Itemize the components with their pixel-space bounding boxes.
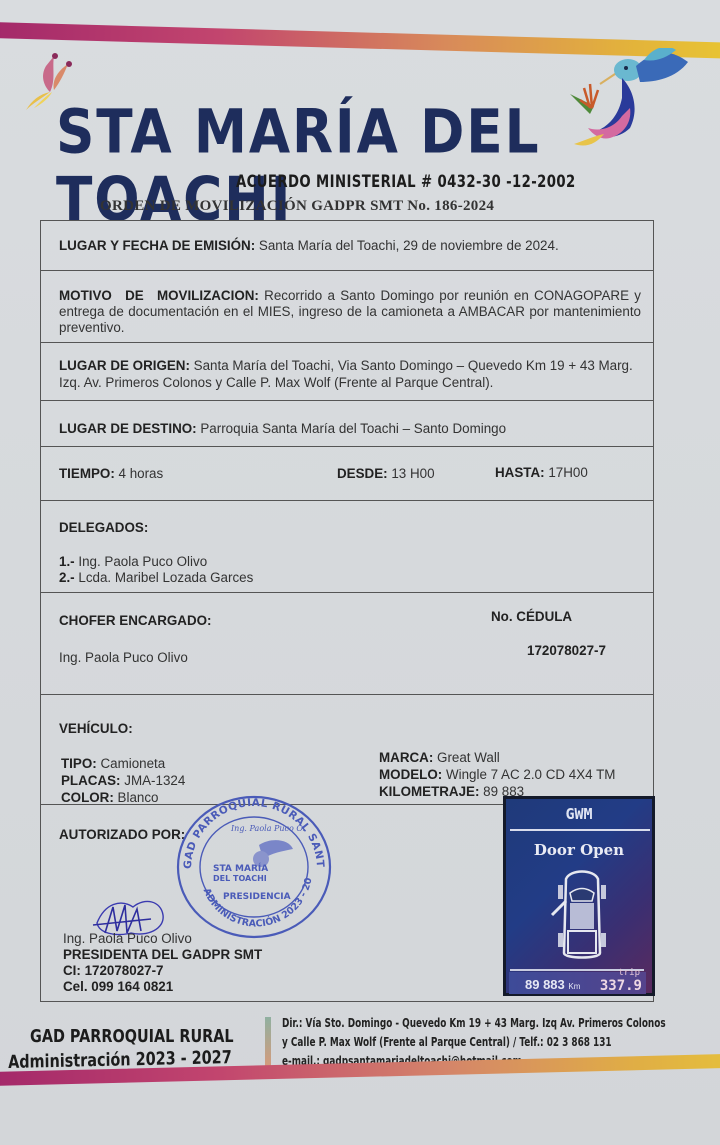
stamp-logo-line2: DEL TOACHI	[213, 874, 267, 883]
vehiculo-label: VEHÍCULO:	[59, 721, 133, 736]
delegado-name: Ing. Paola Puco Olivo	[78, 554, 207, 569]
authorizer-phone: Cel. 099 164 0821	[63, 979, 262, 995]
placas-field: PLACAS: JMA-1324	[61, 772, 185, 789]
car-door-open-icon	[550, 867, 614, 963]
footer-org-name: GAD PARROQUIAL RURAL	[30, 1026, 234, 1047]
authorizer-ci: CI: 172078027-7	[63, 963, 262, 979]
stamp-signer: Ing. Paola Puco O.	[230, 824, 305, 833]
footer-accent-bar	[265, 1017, 271, 1069]
tipo-field: TIPO: Camioneta	[61, 755, 185, 772]
trip-value: 337.9	[600, 978, 642, 994]
delegado-name: Lcda. Maribel Lozada Garces	[78, 570, 253, 585]
cedula-value: 172078027-7	[527, 643, 606, 658]
delegado-number: 1.-	[59, 554, 75, 569]
placas-value: JMA-1324	[124, 773, 185, 788]
motivo-label: MOTIVO DE MOVILIZACION:	[59, 288, 259, 303]
tipo-label: TIPO:	[61, 756, 97, 771]
hasta-field: HASTA: 17H00	[495, 465, 588, 480]
stamp-logo-line1: STA MARÍA	[213, 862, 268, 874]
authorizer-role: PRESIDENTA DEL GADPR SMT	[63, 947, 262, 963]
delegado-item: 2.- Lcda. Maribel Lozada Garces	[59, 570, 641, 586]
orden-title: ORDEN DE MOVILIZACIÓN GADPR SMT No. 186-…	[100, 198, 494, 215]
stamp-role: PRESIDENCIA	[223, 892, 291, 902]
hasta-label: HASTA:	[495, 465, 545, 480]
kilometraje-label: KILOMETRAJE:	[379, 784, 479, 799]
marca-label: MARCA:	[379, 750, 433, 765]
vehiculo-left-fields: TIPO: Camioneta PLACAS: JMA-1324 COLOR: …	[61, 755, 185, 806]
delegado-number: 2.-	[59, 570, 75, 585]
odometer-unit: Km	[568, 982, 580, 991]
dash-divider	[510, 829, 650, 831]
emision-value: Santa María del Toachi, 29 de noviembre …	[259, 238, 559, 253]
hummingbird-icon	[560, 48, 700, 158]
tiempo-label: TIEMPO:	[59, 466, 115, 481]
trip-label: trip	[618, 968, 640, 978]
dash-odometer-bar: 89 883 Km trip 337.9	[509, 972, 646, 994]
color-label: COLOR:	[61, 790, 114, 805]
modelo-label: MODELO:	[379, 767, 442, 782]
placas-label: PLACAS:	[61, 773, 121, 788]
dash-brand: GWM	[506, 805, 652, 823]
authorizer-name: Ing. Paola Puco Olivo	[63, 931, 262, 947]
cedula-label: No. CÉDULA	[491, 609, 572, 624]
color-value: Blanco	[118, 790, 159, 805]
row-delegados: DELEGADOS: 1.- Ing. Paola Puco Olivo 2.-…	[41, 500, 653, 592]
dash-message: Door Open	[506, 841, 652, 859]
tipo-value: Camioneta	[100, 756, 165, 771]
odometer-readout: 89 883 Km	[525, 977, 580, 992]
modelo-field: MODELO: Wingle 7 AC 2.0 CD 4X4 TM	[379, 766, 615, 783]
footer-address-line2: y Calle P. Max Wolf (Frente al Parque Ce…	[282, 1033, 666, 1052]
origen-label: LUGAR DE ORIGEN:	[59, 358, 190, 373]
row-chofer: CHOFER ENCARGADO: Ing. Paola Puco Olivo …	[41, 592, 653, 694]
chofer-label: CHOFER ENCARGADO:	[59, 613, 212, 628]
delegados-list: 1.- Ing. Paola Puco Olivo 2.- Lcda. Mari…	[59, 554, 641, 586]
autorizado-label: AUTORIZADO POR:	[59, 827, 185, 842]
row-destino: LUGAR DE DESTINO: Parroquia Santa María …	[41, 400, 653, 446]
odometer-value: 89 883	[525, 977, 565, 992]
row-emision: LUGAR Y FECHA DE EMISIÓN: Santa María de…	[41, 220, 653, 270]
tiempo-value: 4 horas	[119, 466, 164, 481]
authorizer-block: Ing. Paola Puco Olivo PRESIDENTA DEL GAD…	[63, 931, 262, 995]
footer-address-line1: Dir.: Vía Sto. Domingo - Quevedo Km 19 +…	[282, 1014, 666, 1033]
marca-field: MARCA: Great Wall	[379, 749, 615, 766]
document-page: STA MARÍA DEL TOACHI ACUERDO MINISTERIAL…	[0, 0, 720, 1145]
vehiculo-right-fields: MARCA: Great Wall MODELO: Wingle 7 AC 2.…	[379, 749, 615, 800]
row-motivo: MOTIVO DE MOVILIZACION: Recorrido a Sant…	[41, 270, 653, 342]
destino-label: LUGAR DE DESTINO:	[59, 421, 197, 436]
delegados-label: DELEGADOS:	[59, 520, 148, 535]
desde-value: 13 H00	[391, 466, 434, 481]
dashboard-photo: GWM Door Open 89 883 Km trip 337.9	[503, 796, 655, 996]
acuerdo-ministerial: ACUERDO MINISTERIAL # 0432-30 -12-2002	[236, 172, 576, 192]
marca-value: Great Wall	[437, 750, 500, 765]
presidencia-stamp: GAD PARROQUIAL RURAL SANTA MARÍA DEL TOA…	[171, 789, 337, 939]
delegado-item: 1.- Ing. Paola Puco Olivo	[59, 554, 641, 570]
desde-label: DESDE:	[337, 466, 388, 481]
emision-label: LUGAR Y FECHA DE EMISIÓN:	[59, 238, 255, 253]
row-vehiculo: VEHÍCULO: TIPO: Camioneta PLACAS: JMA-13…	[41, 694, 653, 804]
row-origen: LUGAR DE ORIGEN: Santa María del Toachi,…	[41, 342, 653, 400]
modelo-value: Wingle 7 AC 2.0 CD 4X4 TM	[446, 767, 615, 782]
desde-field: DESDE: 13 H00	[337, 466, 435, 481]
destino-value: Parroquia Santa María del Toachi – Santo…	[200, 421, 506, 436]
row-tiempo: TIEMPO: 4 horas DESDE: 13 H00 HASTA: 17H…	[41, 446, 653, 500]
hasta-value: 17H00	[548, 465, 587, 480]
